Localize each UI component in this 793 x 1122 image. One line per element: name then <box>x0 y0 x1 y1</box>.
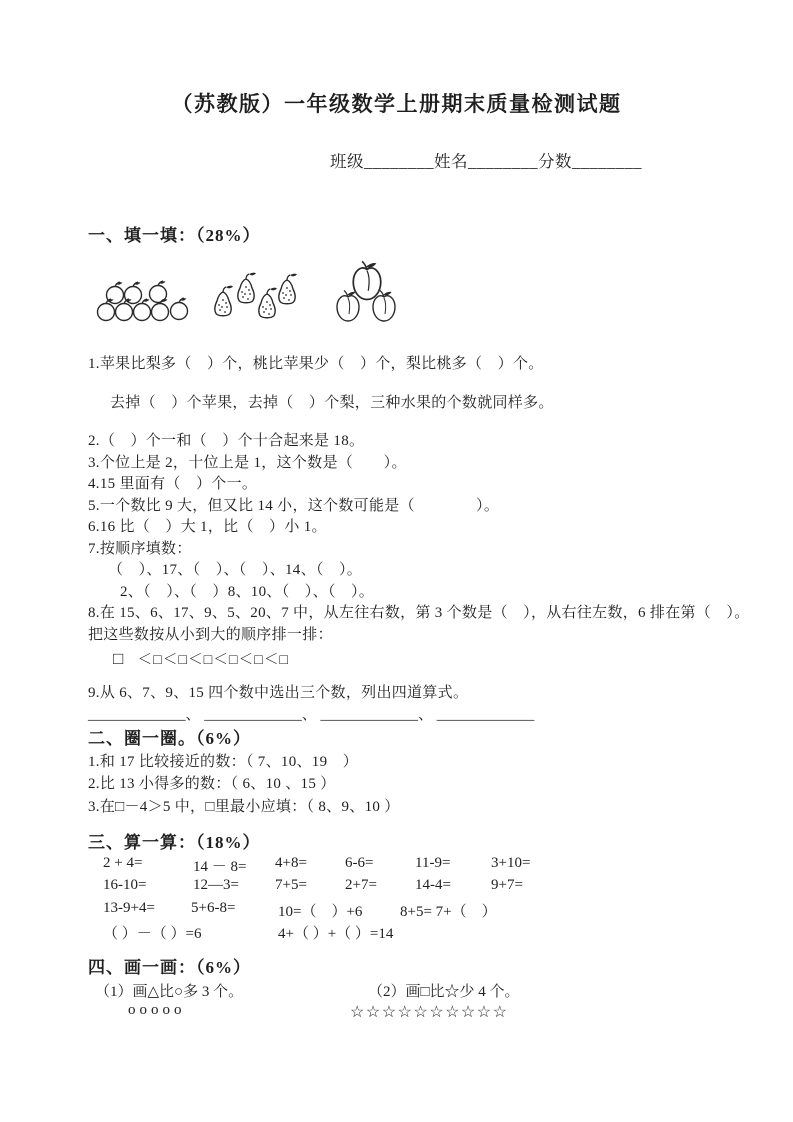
star-shapes: ☆☆☆☆☆☆☆☆☆☆ <box>350 1002 508 1022</box>
circle-q2: 2.比 13 小得多的数：（ 6、10 、15 ） <box>88 773 763 796</box>
peaches-image <box>329 258 404 324</box>
draw-shapes-row: ooooo ☆☆☆☆☆☆☆☆☆☆ <box>88 1002 763 1026</box>
calc-expression: 3+10= <box>491 855 530 872</box>
calc-expression: 4+8= <box>275 855 307 872</box>
fill-q8-order-boxes: □ ＜□＜□＜□＜□＜□＜□ <box>88 646 763 673</box>
draw-q2-label: （2）画□比☆少 4 个。 <box>368 980 520 1001</box>
fill-q4: 4.15 里面有（ ）个一。 <box>88 474 763 496</box>
calc-expression: 11-9= <box>415 855 450 872</box>
fill-q8-line2: 把这些数按从小到大的顺序排一排： <box>88 625 763 647</box>
fill-q7-sequence1: （ ）、17、（ ）、（ ）、14、（ ）。 <box>88 560 763 582</box>
section-fill-heading: 一、填一填：（28%） <box>88 224 763 248</box>
calc-row-1: 2 + 4= 14 － 8= 4+8= 6-6= 11-9= 3+10= <box>88 855 763 877</box>
fill-q1-line1: 1.苹果比梨多（ ）个，桃比苹果少（ ）个，梨比桃多（ ）个。 <box>88 354 763 376</box>
calc-expression: （ ）－（ ）=6 <box>103 922 201 943</box>
circle-q1: 1.和 17 比较接近的数：（ 7、10、19 ） <box>88 751 763 774</box>
calc-expression: 8+5= 7+（ ） <box>400 900 497 921</box>
page-title: （苏教版）一年级数学上册期末质量检测试题 <box>0 90 793 118</box>
calc-expression: 10=（ ）+6 <box>278 900 362 921</box>
student-fields-line: 班级________姓名________分数________ <box>330 150 763 174</box>
calc-expression: 5+6-8= <box>191 900 235 917</box>
calc-row-2: 16-10= 12—3= 7+5= 2+7= 14-4= 9+7= <box>88 877 763 899</box>
fill-q6: 6.16 比（ ）大 1，比（ ）小 1。 <box>88 517 763 539</box>
calc-expression: 2+7= <box>345 877 377 894</box>
order-box-first: □ <box>113 649 124 668</box>
calc-row-3: 13-9+4= 5+6-8= 10=（ ）+6 8+5= 7+（ ） <box>88 900 763 922</box>
draw-questions-row: （1）画△比○多 3 个。 （2）画□比☆少 4 个。 <box>88 980 763 1002</box>
calc-expression: 6-6= <box>345 855 373 872</box>
section-circle-heading: 二、圈一圈。（6%） <box>88 727 763 751</box>
calc-expression: 13-9+4= <box>103 900 155 917</box>
test-paper-page: （苏教版）一年级数学上册期末质量检测试题 班级________姓名_______… <box>0 0 793 1122</box>
calc-expression: 7+5= <box>275 877 307 894</box>
section-draw-heading: 四、画一画：（6%） <box>88 956 763 980</box>
circle-q3: 3.在□－4＞5 中，□里最小应填：（ 8、9、10 ） <box>88 796 763 819</box>
fill-q9: 9.从 6、7、9、15 四个数中选出三个数，列出四道算式。 <box>88 683 763 705</box>
fruit-images-row <box>88 258 763 324</box>
calc-expression: 14 － 8= <box>193 855 246 876</box>
fill-q8: 8.在 15、6、17、9、5、20、7 中，从左往右数，第 3 个数是（ ），… <box>88 603 763 625</box>
fill-q5: 5.一个数比 9 大，但又比 14 小，这个数可能是（ ）。 <box>88 496 763 518</box>
order-box-chain: ＜□＜□＜□＜□＜□＜□ <box>138 652 290 668</box>
calc-expression: 9+7= <box>491 877 523 894</box>
pears-image <box>209 264 299 324</box>
fill-q7: 7.按顺序填数： <box>88 539 763 561</box>
draw-q1-label: （1）画△比○多 3 个。 <box>95 980 243 1001</box>
calc-expression: 4+（ ）+（ ）=14 <box>278 922 393 943</box>
fill-q3: 3.个位上是 2，十位上是 1，这个数是（ ）。 <box>88 453 763 475</box>
fill-q9-answer-blanks: _____________、 _____________、 __________… <box>88 705 763 725</box>
calc-row-4: （ ）－（ ）=6 4+（ ）+（ ）=14 <box>88 922 763 944</box>
calc-expression: 12—3= <box>193 877 239 894</box>
section-calc-heading: 三、算一算：（18%） <box>88 831 763 855</box>
apples-image <box>96 266 191 324</box>
calc-expression: 2 + 4= <box>103 855 142 872</box>
fill-q7-sequence2: 2、（ ）、（ ）8、10、（ ）、（ ）。 <box>88 582 763 604</box>
calc-expression: 14-4= <box>415 877 451 894</box>
circle-shapes: ooooo <box>128 1002 186 1019</box>
fill-q2: 2.（ ）个一和（ ）个十合起来是 18。 <box>88 431 763 453</box>
calc-expression: 16-10= <box>103 877 146 894</box>
fill-q1-line2: 去掉（ ）个苹果，去掉（ ）个梨，三种水果的个数就同样多。 <box>88 393 763 415</box>
